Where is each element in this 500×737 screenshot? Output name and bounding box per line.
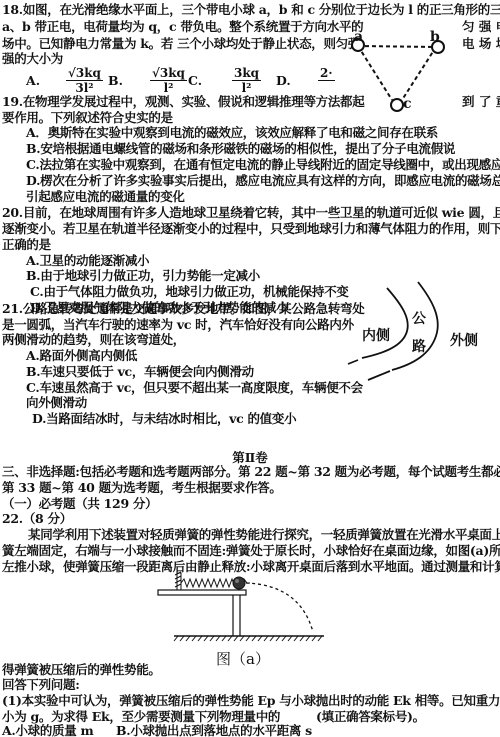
q19-option-d: D.楞次在分析了许多实验事实后提出，感应电流应具有这样的方向，即感应电流的磁场总… xyxy=(26,173,500,189)
q20-line-2: 逐渐变小。若卫星在轨道半径逐渐变小的过程中，只受到地球引力和薄气体阻力的作用，则… xyxy=(2,221,500,237)
q21-option-d: D.当路面结冰时，与未结冰时相比，vc 的值变小 xyxy=(32,411,296,427)
road-label-2: 路 xyxy=(412,336,426,356)
q22-choice-a: A.小球的质量 m xyxy=(2,723,93,737)
q20-line-3: 正确的是 xyxy=(2,237,51,253)
q21-option-c-cont: 向外侧滑动 xyxy=(26,395,87,411)
q18-line-1: 18.如图，在光滑绝缘水平面上，三个带电小球 a，b 和 c 分别位于边长为 l… xyxy=(2,2,500,18)
q21-line-1: 21.公路急转弯处通常是交通事故多发地带。如图，某公路急转弯处 xyxy=(2,301,364,317)
q22-choice-b: B.小球抛出点到落地点的水平距离 s xyxy=(116,723,312,737)
charge-a-label: a xyxy=(354,29,363,45)
required-questions-heading: （一）必考题（共 129 分） xyxy=(2,496,157,512)
q18-option-b-fraction: √3kq l² xyxy=(150,66,187,95)
q18-line-3: 场中。已知静电力常量为 k。若 三个小球均处于静止状态，则匀强 xyxy=(2,36,360,52)
q19-line-2: 要作用。下列叙述符合史实的是 xyxy=(2,110,173,126)
q18-line-2-right: 匀 强 电 xyxy=(462,19,500,35)
q20-option-c: C.由于气体阻力做负功，地球引力做正功，机械能保持不变 xyxy=(30,284,348,300)
figure-a-caption: 图（a） xyxy=(216,648,270,669)
q19-option-d-cont: 引起感应电流的磁通量的变化 xyxy=(26,189,185,205)
q19-line-1: 19.在物理学发展过程中，观测、实验、假说和逻辑推理等方法都起 xyxy=(2,94,364,110)
q20-line-1: 20.目前，在地球周围有许多人造地球卫星绕着它转，其中一些卫星的轨道可近似 wi… xyxy=(2,205,500,221)
q21-option-c: C.车速虽然高于 vc，但只要不超出某一高度限度，车辆便不会 xyxy=(26,380,363,396)
q22-paragraph-4: 得弹簧被压缩后的弹性势能。 xyxy=(2,662,161,678)
q18-option-a-label: A. xyxy=(26,73,40,88)
inner-side-label: 内侧 xyxy=(362,325,390,345)
q22-subquestion-1: (1)本实验中可认为，弹簧被压缩后的弹性势能 Ep 与小球抛出时的动能 Ek 相… xyxy=(2,693,500,709)
q18-option-d-label: D. xyxy=(276,73,291,88)
outer-side-label: 外侧 xyxy=(450,330,478,350)
q18-option-a-fraction: √3kq 3l² xyxy=(66,66,103,95)
spring-table-ball-diagram-icon xyxy=(150,570,390,670)
charge-c-label: c xyxy=(403,96,412,112)
q21-line-3: 两侧滑动的趋势，则在该弯道处， xyxy=(2,332,185,348)
road-label-1: 公 xyxy=(412,308,426,328)
q18-option-d-fraction: 2· xyxy=(318,66,335,81)
q18-option-b-label: B. xyxy=(108,73,123,88)
q22-paragraph-2: 簧左端固定，右端与一小球接触而不固连:弹簧处于原长时，小球恰好在桌面边缘，如图(… xyxy=(2,543,500,559)
q19-option-b: B.安培根据通电螺线管的磁场和条形磁铁的磁场的相似性，提出了分子电流假说 xyxy=(26,141,455,157)
q22-answer-instruction: (填正确答案标号)。 xyxy=(316,709,425,725)
q20-option-b: B.由于地球引力做正功，引力势能一定减小 xyxy=(26,268,260,284)
q18-line-4: 强的大小为 xyxy=(2,51,63,67)
charge-b-label: b xyxy=(430,29,440,45)
q19-option-c: C.法拉第在实验中观察到，在通有恒定电流的静止导线附近的固定导线圈中，或出现感应… xyxy=(26,157,500,173)
q18-option-c-label: C. xyxy=(188,73,202,88)
q18-option-c-fraction: 3kq l² xyxy=(232,66,261,95)
q21-option-b: B.车速只要低于 vc，车辆便会向内侧滑动 xyxy=(26,364,254,380)
q21-option-a: A.路面外侧高内侧低 xyxy=(26,348,137,364)
q20-option-a: A.卫星的动能逐渐减小 xyxy=(26,253,149,269)
q18-line-3-right: 电 场 场 xyxy=(462,36,500,52)
part-2-instructions-line-2: 第 33 题~第 40 题为选考题，考生根据要求作答。 xyxy=(2,480,282,496)
q22-paragraph-1: 某同学利用下述装置对轻质弹簧的弹性势能进行探究，一轻质弹簧放置在光滑水平桌面上，… xyxy=(28,527,500,543)
q19-line-1-right: 到 了 重 xyxy=(462,94,500,110)
q19-option-a: A．奥斯特在实验中观察到电流的磁效应，该效应解释了电和磁之间存在联系 xyxy=(26,125,438,141)
q21-line-2: 是一圆弧，当汽车行驶的速率为 vc 时，汽车恰好没有向公路内外 xyxy=(2,317,354,333)
q22-paragraph-5: 回答下列问题: xyxy=(2,677,80,693)
q18-line-2: a、b 带正电，电荷量均为 q，c 带负电。整个系统置于方向水平的 xyxy=(2,19,363,35)
q22-header: 22.（8 分） xyxy=(2,511,72,527)
part-2-instructions-line-1: 三、非选择题:包括必考题和选考题两部分。第 22 题~第 32 题为必考题，每个… xyxy=(2,464,500,480)
